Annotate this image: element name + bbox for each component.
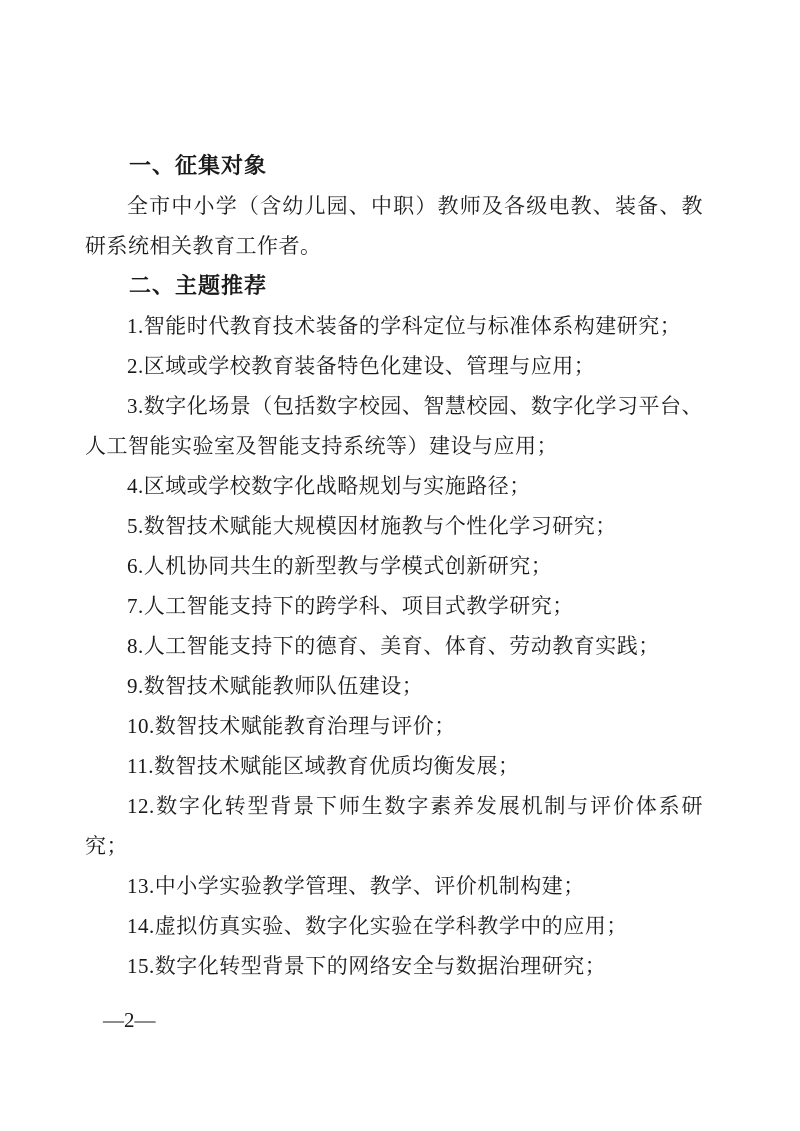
list-item-10: 10.数智技术赋能教育治理与评价； bbox=[85, 706, 703, 746]
heading-text: 二、主题推荐 bbox=[85, 266, 703, 306]
page-number: —2— bbox=[103, 1000, 156, 1040]
paragraph-line: 研系统相关教育工作者。 bbox=[85, 226, 703, 266]
heading-text: 一、征集对象 bbox=[85, 146, 703, 186]
list-item-7: 7.人工智能支持下的跨学科、项目式教学研究； bbox=[85, 586, 703, 626]
list-item-text: 10.数智技术赋能教育治理与评价； bbox=[85, 706, 703, 746]
list-item-9: 9.数智技术赋能教师队伍建设； bbox=[85, 666, 703, 706]
list-item-15: 15.数字化转型背景下的网络安全与数据治理研究； bbox=[85, 946, 703, 986]
list-item-3: 3.数字化场景（包括数字校园、智慧校园、数字化学习平台、 人工智能实验室及智能支… bbox=[85, 386, 703, 466]
list-item-text: 6.人机协同共生的新型教与学模式创新研究； bbox=[85, 546, 703, 586]
list-item-text: 12.数字化转型背景下师生数字素养发展机制与评价体系研 bbox=[85, 786, 703, 826]
list-item-6: 6.人机协同共生的新型教与学模式创新研究； bbox=[85, 546, 703, 586]
list-item-text: 1.智能时代教育技术装备的学科定位与标准体系构建研究； bbox=[85, 306, 703, 346]
list-item-14: 14.虚拟仿真实验、数字化实验在学科教学中的应用； bbox=[85, 906, 703, 946]
body-paragraph-targets: 全市中小学（含幼儿园、中职）教师及各级电教、装备、教 研系统相关教育工作者。 bbox=[85, 186, 703, 266]
paragraph-line: 全市中小学（含幼儿园、中职）教师及各级电教、装备、教 bbox=[85, 186, 703, 226]
list-item-12: 12.数字化转型背景下师生数字素养发展机制与评价体系研 究； bbox=[85, 786, 703, 866]
list-item-4: 4.区域或学校数字化战略规划与实施路径； bbox=[85, 466, 703, 506]
list-item-text: 13.中小学实验教学管理、教学、评价机制构建； bbox=[85, 866, 703, 906]
list-item-text: 究； bbox=[85, 826, 703, 866]
list-item-text: 7.人工智能支持下的跨学科、项目式教学研究； bbox=[85, 586, 703, 626]
list-item-text: 14.虚拟仿真实验、数字化实验在学科教学中的应用； bbox=[85, 906, 703, 946]
list-item-5: 5.数智技术赋能大规模因材施教与个性化学习研究； bbox=[85, 506, 703, 546]
list-item-text: 11.数智技术赋能区域教育优质均衡发展； bbox=[85, 746, 703, 786]
section-heading-collection-targets: 一、征集对象 bbox=[85, 146, 703, 186]
list-item-text: 4.区域或学校数字化战略规划与实施路径； bbox=[85, 466, 703, 506]
document-page: 一、征集对象 全市中小学（含幼儿园、中职）教师及各级电教、装备、教 研系统相关教… bbox=[0, 0, 800, 1131]
list-item-8: 8.人工智能支持下的德育、美育、体育、劳动教育实践； bbox=[85, 626, 703, 666]
list-item-text: 15.数字化转型背景下的网络安全与数据治理研究； bbox=[85, 946, 703, 986]
list-item-text: 5.数智技术赋能大规模因材施教与个性化学习研究； bbox=[85, 506, 703, 546]
list-item-text: 3.数字化场景（包括数字校园、智慧校园、数字化学习平台、 bbox=[85, 386, 703, 426]
list-item-text: 2.区域或学校教育装备特色化建设、管理与应用； bbox=[85, 346, 703, 386]
list-item-11: 11.数智技术赋能区域教育优质均衡发展； bbox=[85, 746, 703, 786]
list-item-1: 1.智能时代教育技术装备的学科定位与标准体系构建研究； bbox=[85, 306, 703, 346]
list-item-13: 13.中小学实验教学管理、教学、评价机制构建； bbox=[85, 866, 703, 906]
list-item-text: 8.人工智能支持下的德育、美育、体育、劳动教育实践； bbox=[85, 626, 703, 666]
document-content: 一、征集对象 全市中小学（含幼儿园、中职）教师及各级电教、装备、教 研系统相关教… bbox=[85, 146, 703, 986]
list-item-text: 人工智能实验室及智能支持系统等）建设与应用； bbox=[85, 426, 703, 466]
list-item-2: 2.区域或学校教育装备特色化建设、管理与应用； bbox=[85, 346, 703, 386]
list-item-text: 9.数智技术赋能教师队伍建设； bbox=[85, 666, 703, 706]
section-heading-topic-recommendations: 二、主题推荐 bbox=[85, 266, 703, 306]
